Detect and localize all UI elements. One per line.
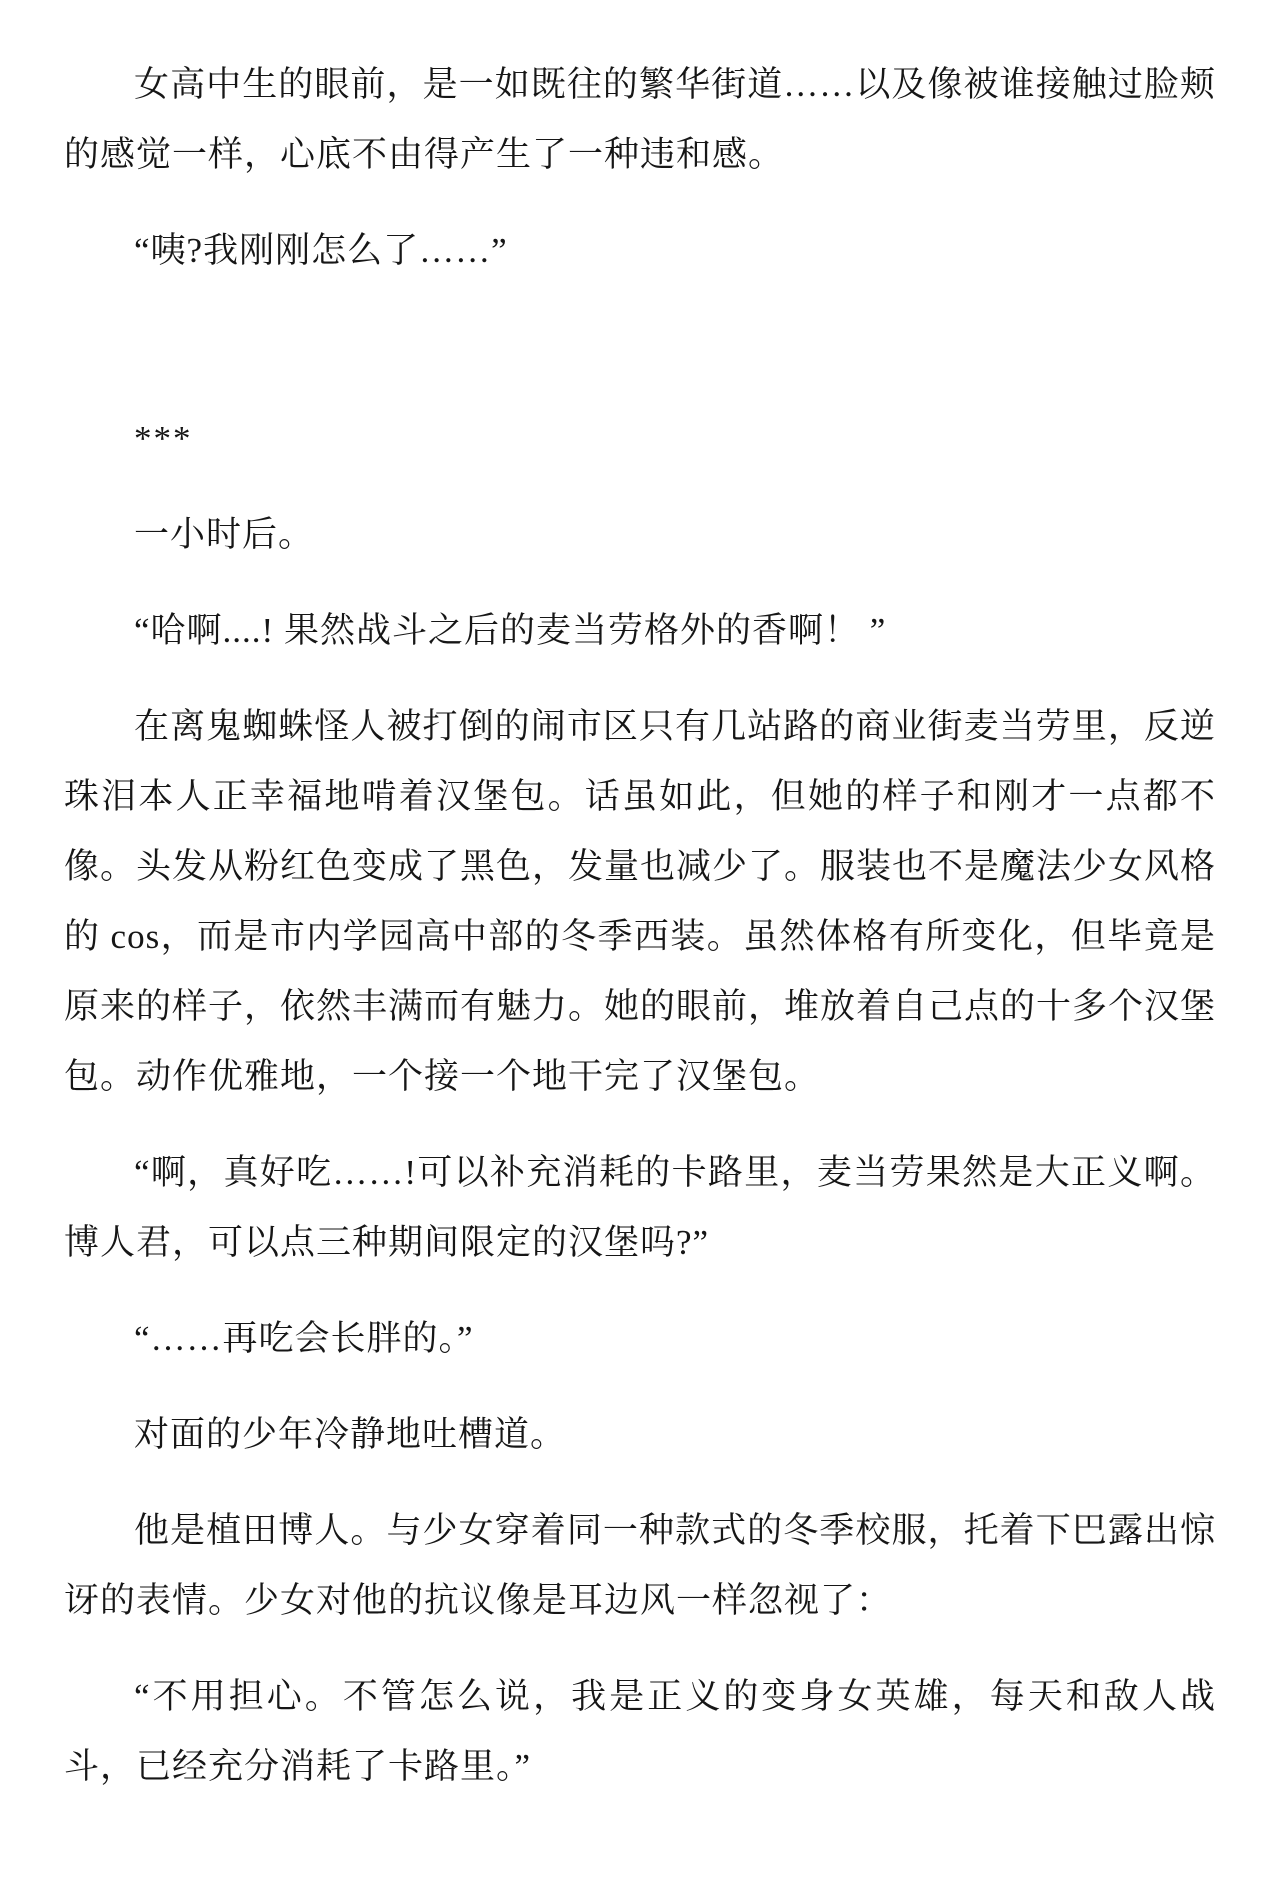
paragraph: “咦?我刚刚怎么了……” [64, 216, 1216, 286]
paragraph: 对面的少年冷静地吐槽道。 [64, 1400, 1216, 1470]
paragraph: 他是植田博人。与少女穿着同一种款式的冬季校服，托着下巴露出惊讶的表情。少女对他的… [64, 1496, 1216, 1636]
paragraph: 女高中生的眼前，是一如既往的繁华街道……以及像被谁接触过脸颊的感觉一样，心底不由… [64, 50, 1216, 190]
paragraph: 一小时后。 [64, 500, 1216, 570]
paragraph: “不用担心。不管怎么说，我是正义的变身女英雄，每天和敌人战斗，已经充分消耗了卡路… [64, 1662, 1216, 1802]
paragraph: “……再吃会长胖的。” [64, 1304, 1216, 1374]
paragraph: 在离鬼蜘蛛怪人被打倒的闹市区只有几站路的商业街麦当劳里，反逆珠泪本人正幸福地啃着… [64, 692, 1216, 1112]
paragraph: “哈啊....! 果然战斗之后的麦当劳格外的香啊！ ” [64, 596, 1216, 666]
section-separator: *** [64, 404, 1216, 474]
paragraph: “啊，真好吃……!可以补充消耗的卡路里，麦当劳果然是大正义啊。博人君，可以点三种… [64, 1138, 1216, 1278]
document-page: 女高中生的眼前，是一如既往的繁华街道……以及像被谁接触过脸颊的感觉一样，心底不由… [0, 0, 1280, 1888]
